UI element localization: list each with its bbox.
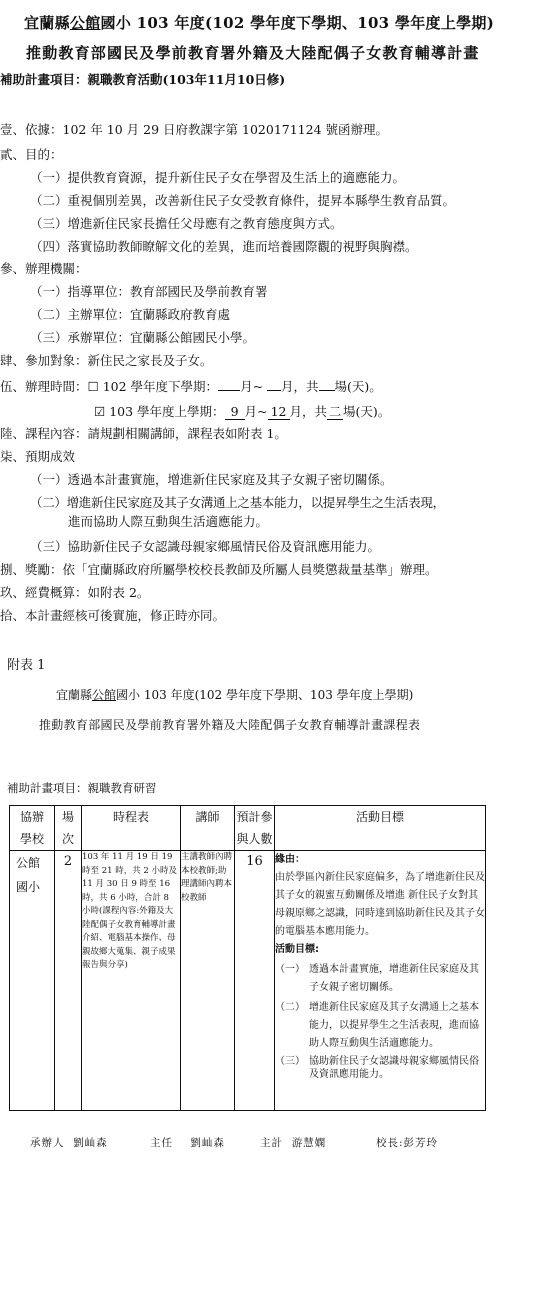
cell-text: 公館 — [16, 851, 54, 875]
signature-role: 主計 — [260, 1137, 283, 1149]
section-time: 伍、辦理時間：☐ 102 學年度下學期：月~ 月，共場(天)。 — [0, 376, 382, 395]
org-item: （一）指導單位：教育部國民及學前教育署 — [30, 282, 268, 300]
header-participants: 預計參與人數 — [235, 806, 275, 851]
sessions-blank — [319, 376, 335, 391]
header-schedule: 時程表 — [82, 806, 181, 851]
header-goals: 活動目標 — [275, 806, 486, 851]
document-title-line1: 宜蘭縣公館國小 103 年度(102 學年度下學期、103 學年度上學期) — [24, 12, 494, 33]
unit-text: 場(天)。 — [335, 379, 382, 394]
section-basis: 壹、依據：102 年 10 月 29 日府教課字第 1020171124 號函辦… — [0, 120, 388, 138]
unit-text: 月，共 — [290, 404, 328, 419]
goal-label: 活動目標: — [275, 941, 485, 959]
section-outcome-title: 柒、預期成效 — [0, 447, 75, 465]
header-text: 場 — [55, 806, 81, 828]
goal-item-text: 協助新住民子女認識母親家鄉風情民俗及資訊應用能力。 — [309, 1055, 485, 1081]
section-org-title: 參、辦理機關： — [0, 259, 88, 277]
month-to-blank — [267, 376, 281, 391]
header-sessions: 場次 — [55, 806, 82, 851]
title-year: 國小 103 年度(102 學年度下學期、103 學年度上學期) — [101, 14, 495, 32]
month-from-value: 9 — [225, 405, 245, 420]
goal-item-number: （一） — [275, 961, 309, 997]
cell-schedule: 103 年 11 月 19 日 19 時至 21 時，共 2 小時及 11 月 … — [82, 851, 181, 1111]
outcome-item-continued: 進而協助人際互動與生活適應能力。 — [68, 512, 268, 530]
outcome-item: （一）透過本計畫實施，增進新住民家庭及其子女親子密切關係。 — [30, 470, 393, 488]
unit-text: 場(天)。 — [343, 404, 390, 419]
section-budget: 玖、經費概算：如附表 2。 — [0, 583, 149, 601]
time-option-103: 103 學年度上學期： — [109, 404, 224, 419]
header-text: 協辦 — [10, 806, 54, 828]
cell-text: 國小 — [16, 875, 54, 899]
checkbox-103-checked[interactable]: ☑ — [94, 404, 105, 419]
purpose-item: （四）落實協助教師瞭解文化的差異，進而培養國際觀的視野與胸襟。 — [30, 237, 418, 255]
header-lecturer: 講師 — [181, 806, 235, 851]
appendix-title-school: 公館 — [92, 688, 116, 702]
header-text: 與人數 — [235, 828, 274, 850]
header-text: 講師 — [181, 806, 234, 828]
purpose-item: （三）增進新住民家長擔任父母應有之教育態度與方式。 — [30, 214, 343, 232]
header-text: 次 — [55, 828, 81, 850]
signature-accountant: 主計 游慧嫻 — [260, 1135, 326, 1150]
goal-item-text: 透過本計畫實施，增進新住民家庭及其子女親子密切關係。 — [309, 961, 485, 997]
goal-reason-text: 由於學區內新住民家庭偏多，為了增進新住民及其子女的親蜜互動關係及增進 新住民子女… — [275, 869, 485, 941]
signature-name: 游慧嫻 — [292, 1137, 327, 1149]
section-participants: 肆、參加對象：新住民之家長及子女。 — [0, 351, 213, 369]
month-from-blank — [218, 376, 240, 391]
goal-item-number: （二） — [275, 999, 309, 1053]
goal-item-text: 增進新住民家庭及其子女溝通上之基本能力，以提昇學生之生活表現，進而協助人際互動與… — [309, 999, 485, 1053]
cell-participants: 16 — [235, 851, 275, 1111]
goal-reason-label: 緣由： — [275, 851, 485, 869]
org-item: （二）主辦單位：宜蘭縣政府教育處 — [30, 305, 230, 323]
goal-item: （二）增進新住民家庭及其子女溝通上之基本能力，以提昇學生之生活表現，進而協助人際… — [275, 999, 485, 1053]
unit-text: 月~ — [240, 379, 263, 394]
header-text: 學校 — [10, 828, 54, 850]
signature-name: 劉屾森 — [73, 1137, 108, 1149]
appendix-project-item: 補助計畫項目：親職教育研習 — [7, 780, 157, 796]
signature-role: 主任 — [150, 1137, 173, 1149]
month-to-value: 12 — [268, 405, 290, 420]
goal-item: （三）協助新住民子女認識母親家鄉風情民俗及資訊應用能力。 — [275, 1055, 485, 1081]
time-option-102: 102 學年度下學期： — [103, 379, 218, 394]
section-approval: 拾、本計畫經核可後實施，修正時亦同。 — [0, 606, 225, 624]
cell-sessions: 2 — [55, 851, 82, 1111]
signature-role: 承辦人 — [30, 1137, 65, 1149]
unit-text: 月~ — [245, 404, 268, 419]
unit-text: 月，共 — [281, 379, 319, 394]
title-county: 宜蘭縣 — [24, 14, 70, 32]
document-title-line2: 推動教育部國民及學前教育署外籍及大陸配偶子女教育輔導計畫 — [26, 42, 480, 63]
title-school-underlined: 公館 — [70, 14, 101, 32]
signature-principal: 校長:彭芳玲 — [376, 1135, 438, 1150]
outcome-item: （二）增進新住民家庭及其子女溝通上之基本能力，以提昇學生之生活表現， — [30, 493, 445, 511]
section-purpose-title: 貳、目的： — [0, 145, 63, 163]
header-text: 活動目標 — [275, 806, 485, 828]
appendix-title-year: 國小 103 年度(102 學年度下學期、103 學年度上學期) — [116, 688, 413, 702]
table-header-row: 協辦學校 場次 時程表 講師 預計參與人數 活動目標 — [10, 806, 486, 851]
signature-role: 校長: — [376, 1137, 404, 1149]
sessions-value: 二 — [327, 405, 343, 420]
outcome-item: （三）協助新住民子女認識母親家鄉風情民俗及資訊應用能力。 — [30, 537, 380, 555]
schedule-table: 協辦學校 場次 時程表 講師 預計參與人數 活動目標 公館國小 2 103 年 … — [9, 805, 486, 1111]
section-time-option2: ☑ 103 學年度上學期：9月~12月，共二場(天)。 — [94, 402, 390, 420]
cell-school: 公館國小 — [10, 851, 55, 1111]
cell-goals: 緣由： 由於學區內新住民家庭偏多，為了增進新住民及其子女的親蜜互動關係及增進 新… — [275, 851, 486, 1111]
header-school: 協辦學校 — [10, 806, 55, 851]
appendix-title-line1: 宜蘭縣公館國小 103 年度(102 學年度下學期、103 學年度上學期) — [56, 686, 413, 703]
header-text: 預計參 — [235, 806, 274, 828]
table-row: 公館國小 2 103 年 11 月 19 日 19 時至 21 時，共 2 小時… — [10, 851, 486, 1111]
appendix-label: 附表 1 — [7, 654, 45, 673]
signature-director: 主任 劉屾森 — [150, 1135, 225, 1150]
goal-item-number: （三） — [275, 1055, 309, 1081]
checkbox-102-unchecked[interactable]: ☐ — [88, 379, 99, 394]
signature-name: 彭芳玲 — [404, 1137, 439, 1149]
goal-item: （一）透過本計畫實施，增進新住民家庭及其子女親子密切關係。 — [275, 961, 485, 997]
document-subtitle: 補助計畫項目：親職教育活動(103年11月10日修) — [0, 70, 285, 88]
org-item: （三）承辦單位：宜蘭縣公館國民小學。 — [30, 328, 255, 346]
cell-lecturer: 主講教師內聘本校教師;助理講師內聘本校教師 — [181, 851, 235, 1111]
purpose-item: （二）重視個別差異，改善新住民子女受教育條件，提昇本縣學生教育品質。 — [30, 191, 455, 209]
appendix-title-county: 宜蘭縣 — [56, 688, 92, 702]
time-label: 伍、辦理時間： — [0, 379, 88, 394]
section-course: 陸、課程內容：請規劃相關講師，課程表如附表 1。 — [0, 424, 287, 442]
signature-name: 劉屾森 — [190, 1137, 225, 1149]
appendix-title-line2: 推動教育部國民及學前教育署外籍及大陸配偶子女教育輔導計畫課程表 — [39, 716, 420, 733]
purpose-item: （一）提供教育資源，提升新住民子女在學習及生活上的適應能力。 — [30, 168, 405, 186]
section-reward: 捌、獎勵：依「宜蘭縣政府所屬學校校長教師及所屬人員獎懲裁量基準」辦理。 — [0, 560, 438, 578]
signature-handler: 承辦人 劉屾森 — [30, 1135, 108, 1150]
header-text: 時程表 — [82, 806, 180, 828]
